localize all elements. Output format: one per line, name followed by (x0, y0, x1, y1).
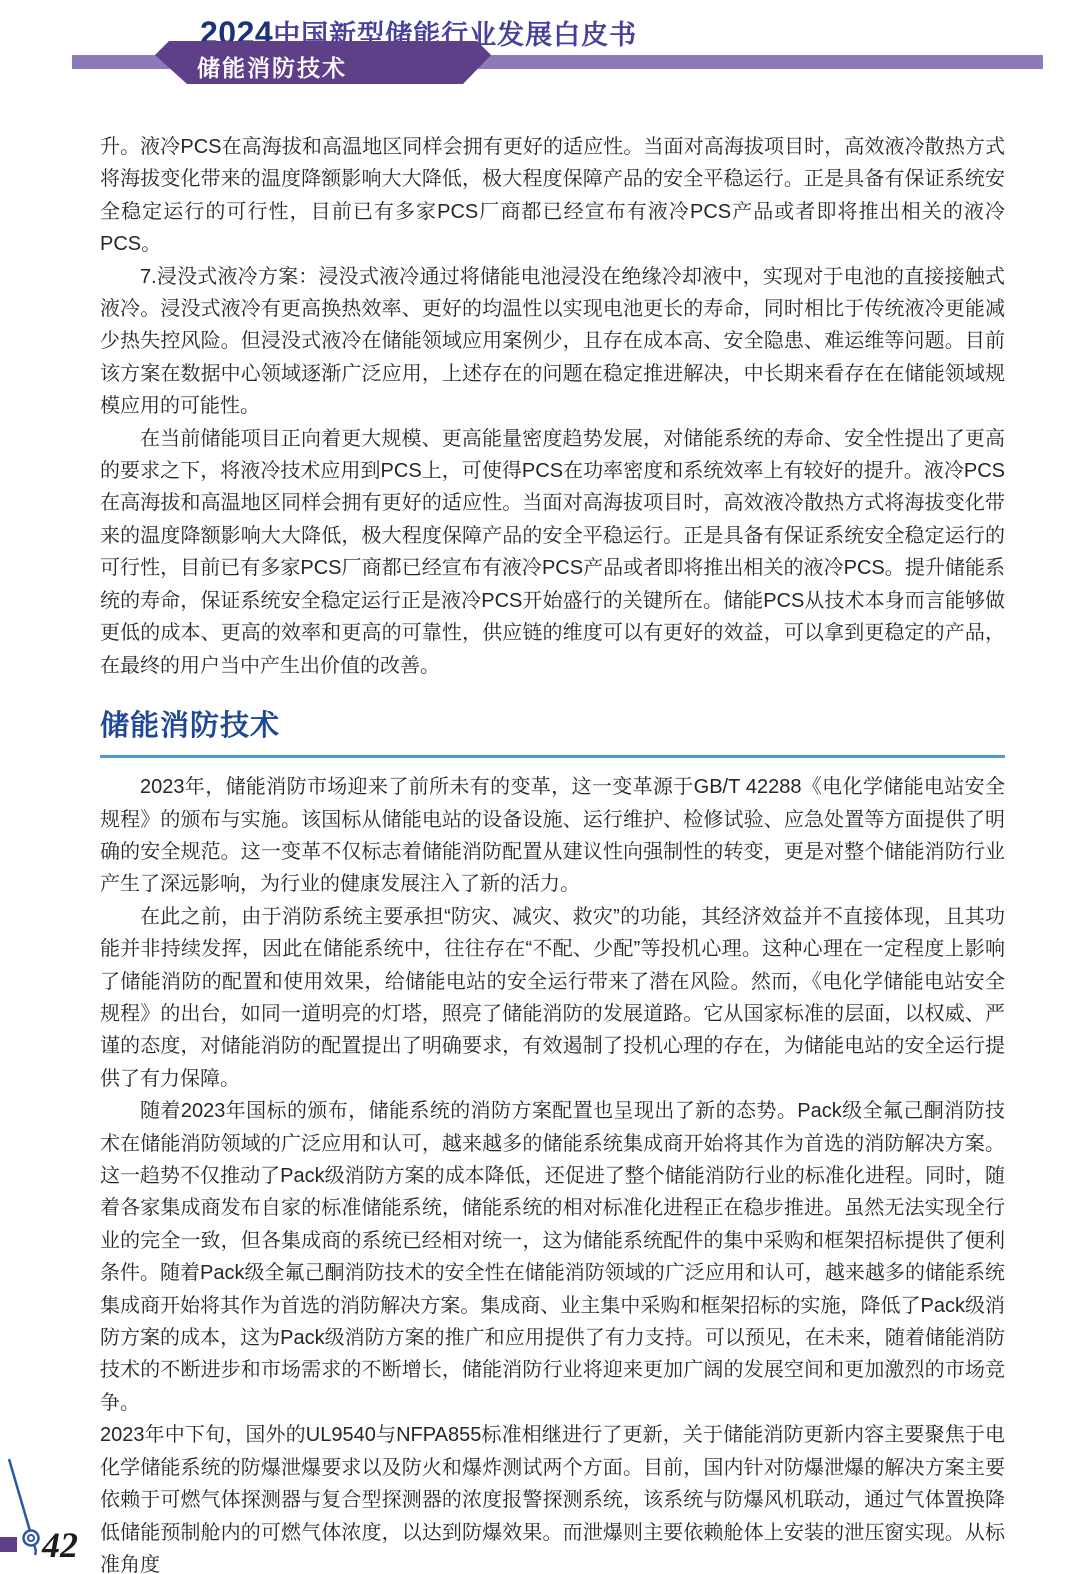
page-number: 42 (42, 1524, 78, 1566)
page-content: 升。液冷PCS在高海拔和高温地区同样会拥有更好的适应性。当面对高海拔项目时，高效… (100, 131, 1005, 1574)
paragraph: 在当前储能项目正向着更大规模、更高能量密度趋势发展，对储能系统的寿命、安全性提出… (100, 423, 1005, 682)
section-title-rule (100, 755, 1005, 758)
paragraph: 随着2023年国标的颁布，储能系统的消防方案配置也呈现出了新的态势。Pack级全… (100, 1095, 1005, 1419)
document-page: 2024中国新型储能行业发展白皮书 储能消防技术 升。液冷PCS在高海拔和高温地… (0, 0, 1080, 1574)
continuation-paragraph: 升。液冷PCS在高海拔和高温地区同样会拥有更好的适应性。当面对高海拔项目时，高效… (100, 131, 1005, 261)
section-paragraphs: 2023年，储能消防市场迎来了前所未有的变革，这一变革源于GB/T 42288《… (100, 771, 1005, 1419)
paragraph: 7.浸没式液冷方案：浸没式液冷通过将储能电池浸没在绝缘冷却液中，实现对于电池的直… (100, 261, 1005, 423)
paragraph: 2023年，储能消防市场迎来了前所未有的变革，这一变革源于GB/T 42288《… (100, 771, 1005, 901)
paragraph: 在此之前，由于消防系统主要承担“防灾、减灾、救灾”的功能，其经济效益并不直接体现… (100, 901, 1005, 1095)
section-title: 储能消防技术 (100, 708, 1005, 744)
chapter-ribbon-label: 储能消防技术 (197, 50, 347, 83)
chapter-ribbon: 储能消防技术 (155, 41, 491, 84)
closing-paragraph: 2023年中下旬，国外的UL9540与NFPA855标准相继进行了更新，关于储能… (100, 1419, 1005, 1574)
body-paragraphs: 7.浸没式液冷方案：浸没式液冷通过将储能电池浸没在绝缘冷却液中，实现对于电池的直… (100, 261, 1005, 682)
